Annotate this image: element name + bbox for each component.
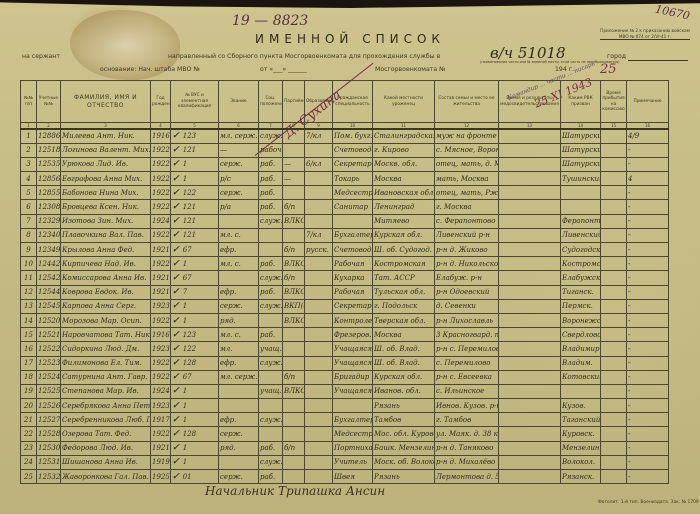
table-row: 1512521Наровчатова Тат. Ник.1916✓ 123мл.…	[21, 328, 669, 342]
cell-arrival-time	[601, 328, 627, 342]
cell-specialty: Бригадир	[333, 370, 373, 384]
cell-specialty: Швея	[333, 470, 373, 484]
cell-draft-office: Ферапонтово	[561, 214, 601, 228]
table-row: 1012442Кирпичева Над. Ив.1922✓ 1мл. с.ра…	[21, 257, 669, 271]
cell-row-number: 17	[21, 356, 37, 370]
cell-draft-office: Владимир.	[561, 342, 601, 356]
cell-row-number: 14	[21, 313, 37, 327]
cell-family-residence: р-н с. Перемилово	[435, 342, 499, 356]
cell-vus-code: ✓ 01	[171, 470, 219, 484]
cell-family-residence: г. Москва	[435, 200, 499, 214]
cell-full-name: Шишанова Анна Ив.	[61, 455, 151, 469]
cell-draft-office: Тиганск.	[561, 285, 601, 299]
vus-value: 1	[183, 444, 187, 452]
cell-row-number: 19	[21, 384, 37, 398]
cell-family-residence: Елабуж. р-н	[435, 271, 499, 285]
cell-family-residence: Ивнов. Кузов. р-н с. Пеком	[435, 399, 499, 413]
cell-birth-year: 1921	[151, 441, 171, 455]
cell-birthplace: Москва	[373, 172, 435, 186]
cell-full-name: Филимонова Ел. Тим.	[61, 356, 151, 370]
vus-value: 121	[183, 146, 196, 154]
cell-party	[283, 328, 305, 342]
cell-education	[305, 143, 333, 157]
cell-arrival-time	[601, 455, 627, 469]
cell-row-number: 24	[21, 455, 37, 469]
cell-birthplace: Рязань	[373, 470, 435, 484]
cell-vus-code: ✓ 1	[171, 399, 219, 413]
cell-row-number: 15	[21, 328, 37, 342]
cell-family-residence: р-н д. Михалёво	[435, 455, 499, 469]
subtitle-mid: направленный со Сборного пункта Мосгорво…	[168, 53, 440, 60]
cell-row-number: 4	[21, 172, 37, 186]
cell-family-residence: р-н с. Евсеевка	[435, 370, 499, 384]
vus-value: 1	[183, 160, 187, 168]
table-row: 612308Бровцева Ксен. Ник.1922✓ 121р/араб…	[21, 200, 669, 214]
cell-birth-year: 1922	[151, 200, 171, 214]
cell-medical-exam	[499, 370, 561, 384]
cell-party: ВЛКСМ	[283, 285, 305, 299]
table-row: 712329Изотова Зин. Мих.1924✓ 121служ.ВЛК…	[21, 214, 669, 228]
cell-social-status: раб.	[259, 285, 283, 299]
cell-arrival-time	[601, 228, 627, 242]
cell-note: -	[627, 470, 669, 484]
stamp-number: 25	[600, 62, 617, 77]
mosgor-label: Мосгорвоенкомата №	[375, 66, 446, 73]
roster-body: 112886Милеева Ант. Ник.1916✓ 123мл. серж…	[21, 129, 669, 484]
cell-row-number: 8	[21, 228, 37, 242]
cell-row-number: 12	[21, 285, 37, 299]
cell-party	[283, 470, 305, 484]
cell-arrival-time	[601, 200, 627, 214]
cell-social-status: учащ.	[259, 384, 283, 398]
cell-party: б/п	[283, 441, 305, 455]
cell-draft-office: Шатурский	[561, 157, 601, 171]
cell-birthplace: Тат. АССР	[373, 271, 435, 285]
table-row: 2512532Жаворонкова Гал. Пав.1925✓ 01серж…	[21, 470, 669, 484]
cell-specialty: Секретарь	[333, 299, 373, 313]
cell-row-number: 22	[21, 427, 37, 441]
cell-arrival-time	[601, 370, 627, 384]
table-row: 2312530Федорова Люд. Ив.1921✓ 1ряд.раб.б…	[21, 441, 669, 455]
cell-vus-code: ✓ 121	[171, 228, 219, 242]
cell-full-name: Бабонова Нина Мих.	[61, 186, 151, 200]
cell-social-status: раб.	[259, 186, 283, 200]
cell-social-status	[259, 399, 283, 413]
table-row: 1612522Сидоркина Люд. Дм.1923✓ 122мл.уча…	[21, 342, 669, 356]
checkmark-icon: ✓	[172, 245, 183, 255]
cell-account-number: 12856	[37, 172, 61, 186]
cell-family-residence: с. Ферапонтово	[435, 214, 499, 228]
cell-vus-code: ✓ 1	[171, 313, 219, 327]
table-row: 312535Урюкова Лид. Ив.1922✓ 1серж.раб.—6…	[21, 157, 669, 171]
cell-draft-office: Тушинский	[561, 172, 601, 186]
checkmark-icon: ✓	[172, 401, 183, 411]
vus-value: 1	[183, 402, 187, 410]
document-sheet: 19 — 8823 10670 Приложение № 2 к приказа…	[0, 0, 700, 514]
cell-education	[305, 328, 333, 342]
cell-row-number: 16	[21, 342, 37, 356]
cell-note: -	[627, 186, 669, 200]
cell-social-status: служ.	[259, 299, 283, 313]
col-header-name: ФАМИЛИЯ, ИМЯ И ОТЧЕСТВО	[61, 81, 151, 123]
cell-birthplace: Тверская обл.	[373, 313, 435, 327]
cell-specialty: Пом. бухг.	[333, 129, 373, 143]
vus-value: 01	[183, 473, 192, 481]
cell-rank	[219, 399, 259, 413]
cell-row-number: 25	[21, 470, 37, 484]
cell-medical-exam	[499, 143, 561, 157]
cell-birthplace: Моск. об. Волокол.	[373, 455, 435, 469]
print-mark: Фотолит. 1-й тип. Воениздата. Зак. № 170…	[598, 500, 699, 505]
cell-full-name: Изотова Зин. Мих.	[61, 214, 151, 228]
table-row: 812340Плавочкина Вал. Пав.1922✓ 121мл. с…	[21, 228, 669, 242]
cell-full-name: Евграфова Анна Мих.	[61, 172, 151, 186]
cell-account-number: 12329	[37, 214, 61, 228]
vus-value: 122	[183, 345, 196, 353]
table-row: 1712523Филимонова Ел. Тим.1922✓ 128ефр.с…	[21, 356, 669, 370]
cell-account-number: 12442	[37, 257, 61, 271]
cell-rank: ряд.	[219, 441, 259, 455]
cell-medical-exam	[499, 129, 561, 143]
cell-medical-exam	[499, 313, 561, 327]
cell-party: ВЛКСМ	[283, 384, 305, 398]
col-header-social: Соц. положение	[259, 81, 283, 123]
cell-birthplace: Москва	[373, 328, 435, 342]
cell-party	[283, 427, 305, 441]
cell-education	[305, 186, 333, 200]
cell-party: —	[283, 172, 305, 186]
order-from: от «___» ______	[260, 66, 307, 73]
cell-birth-year: 1924	[151, 384, 171, 398]
cell-education	[305, 271, 333, 285]
cell-rank	[219, 214, 259, 228]
cell-rank: р/а	[219, 200, 259, 214]
cell-education	[305, 285, 333, 299]
cell-rank: ефр.	[219, 285, 259, 299]
cell-full-name: Озерова Тат. Фед.	[61, 427, 151, 441]
cell-birthplace: Башк. Мензелин.	[373, 441, 435, 455]
cell-row-number: 9	[21, 243, 37, 257]
cell-medical-exam	[499, 342, 561, 356]
cell-full-name: Карпова Анна Серг.	[61, 299, 151, 313]
cell-note: -	[627, 441, 669, 455]
cell-family-residence: с. Ильинское	[435, 384, 499, 398]
checkmark-icon: ✓	[172, 316, 183, 326]
checkmark-icon: ✓	[172, 301, 183, 311]
cell-birthplace: Сталинградская обл.	[373, 129, 435, 143]
col-header-year: Год рождения	[151, 81, 171, 123]
cell-full-name: Урюкова Лид. Ив.	[61, 157, 151, 171]
cell-arrival-time	[601, 143, 627, 157]
cell-specialty: Фрезеров.	[333, 328, 373, 342]
cell-account-number: 12532	[37, 470, 61, 484]
cell-rank: серж.	[219, 470, 259, 484]
cell-family-residence: ул. Маяк. д. 38 кв. 5	[435, 427, 499, 441]
cell-family-residence: р-н д. Жиково	[435, 243, 499, 257]
vus-value: 1	[183, 416, 187, 424]
cell-specialty: Рабочая	[333, 285, 373, 299]
table-row: 2112527Серебренникова Люб. Пет.1917✓ 1еф…	[21, 413, 669, 427]
cell-vus-code: ✓ 1	[171, 172, 219, 186]
cell-rank: р/с	[219, 172, 259, 186]
cell-party: ВЛКСМ	[283, 257, 305, 271]
cell-draft-office: Котовский	[561, 370, 601, 384]
cell-account-number: 12522	[37, 342, 61, 356]
cell-social-status: раб.	[259, 441, 283, 455]
cell-birth-year: 1922	[151, 370, 171, 384]
cell-social-status: раб.	[259, 172, 283, 186]
cell-medical-exam	[499, 413, 561, 427]
cell-medical-exam	[499, 328, 561, 342]
cell-note: -	[627, 356, 669, 370]
cell-rank: мл. серж.	[219, 129, 259, 143]
cell-social-status	[259, 243, 283, 257]
cell-arrival-time	[601, 356, 627, 370]
cell-party	[283, 356, 305, 370]
cell-medical-exam	[499, 157, 561, 171]
vus-value: 128	[183, 359, 196, 367]
cell-medical-exam	[499, 399, 561, 413]
cell-draft-office: Свердловск.	[561, 328, 601, 342]
cell-note: -	[627, 342, 669, 356]
cell-arrival-time	[601, 243, 627, 257]
cell-social-status: служ.	[259, 455, 283, 469]
cell-account-number: 12524	[37, 370, 61, 384]
cell-full-name: Милеева Ант. Ник.	[61, 129, 151, 143]
cell-rank	[219, 455, 259, 469]
cell-draft-office: Судогодск	[561, 243, 601, 257]
cell-birth-year: 1922	[151, 143, 171, 157]
cell-arrival-time	[601, 172, 627, 186]
cell-social-status: учащ.	[259, 342, 283, 356]
cell-note: -	[627, 455, 669, 469]
table-row: 1412520Морозова Мар. Осип.1922✓ 1ряд.ВЛК…	[21, 313, 669, 327]
cell-full-name: Бровцева Ксен. Ник.	[61, 200, 151, 214]
cell-vus-code: ✓ 123	[171, 328, 219, 342]
cell-social-status: рабоч.	[259, 143, 283, 157]
cell-specialty: Учащаяся	[333, 356, 373, 370]
cell-note: -	[627, 257, 669, 271]
cell-note: -	[627, 328, 669, 342]
vus-value: 7	[183, 288, 187, 296]
vus-value: 121	[183, 203, 196, 211]
cell-birthplace: Тульская обл.	[373, 285, 435, 299]
cell-medical-exam	[499, 214, 561, 228]
cell-account-number: 12527	[37, 413, 61, 427]
cell-vus-code: ✓ 123	[171, 129, 219, 143]
cell-note: -	[627, 143, 669, 157]
cell-note: -	[627, 399, 669, 413]
cell-row-number: 13	[21, 299, 37, 313]
cell-education	[305, 214, 333, 228]
cell-party: ВЛКСМ	[283, 214, 305, 228]
cell-full-name: Морозова Мар. Осип.	[61, 313, 151, 327]
cell-vus-code: ✓ 121	[171, 143, 219, 157]
cell-medical-exam	[499, 200, 561, 214]
checkmark-icon: ✓	[172, 344, 183, 354]
cell-arrival-time	[601, 257, 627, 271]
cell-rank: мл. серж.	[219, 370, 259, 384]
cell-rank: серж.	[219, 427, 259, 441]
col-header-family: Состав семьи и место ее жительства	[435, 81, 499, 123]
cell-education: 7/кл	[305, 129, 333, 143]
cell-birth-year: 1922	[151, 427, 171, 441]
cell-birth-year: 1921	[151, 271, 171, 285]
cell-arrival-time	[601, 285, 627, 299]
cell-note: -	[627, 413, 669, 427]
cell-full-name: Плавочкина Вал. Пав.	[61, 228, 151, 242]
cell-account-number: 12855	[37, 186, 61, 200]
subtitle-left: на сержант	[22, 53, 60, 60]
cell-full-name: Крылова Анна Фед.	[61, 243, 151, 257]
cell-birth-year: 1922	[151, 257, 171, 271]
cell-social-status: служ.	[259, 413, 283, 427]
cell-draft-office: Ливенский	[561, 228, 601, 242]
cell-family-residence: г. Тамбов	[435, 413, 499, 427]
cell-birth-year: 1916	[151, 328, 171, 342]
document-title: ИМЕННОЙ СПИСОК	[0, 32, 700, 46]
city-label: город	[607, 53, 626, 60]
cell-medical-exam	[499, 356, 561, 370]
cell-rank: —	[219, 143, 259, 157]
cell-education	[305, 470, 333, 484]
vus-value: 128	[183, 430, 196, 438]
vus-value: 121	[183, 231, 196, 239]
cell-account-number: 12531	[37, 455, 61, 469]
cell-row-number: 7	[21, 214, 37, 228]
cell-social-status: раб.	[259, 470, 283, 484]
city-line	[628, 60, 688, 61]
cell-birthplace: г. Подольск	[373, 299, 435, 313]
cell-education	[305, 370, 333, 384]
col-header-medical: Время и результаты медосвидетельствовани…	[499, 81, 561, 123]
checkmark-icon: ✓	[172, 330, 183, 340]
checkmark-icon: ✓	[172, 372, 183, 382]
cell-note: -	[627, 384, 669, 398]
cell-vus-code: ✓ 7	[171, 285, 219, 299]
checkmark-icon: ✓	[172, 188, 183, 198]
cell-arrival-time	[601, 129, 627, 143]
cell-medical-exam	[499, 441, 561, 455]
cell-vus-code: ✓ 1	[171, 441, 219, 455]
cell-specialty: Медсестра	[333, 186, 373, 200]
cell-medical-exam	[499, 172, 561, 186]
vus-value: 67	[183, 246, 192, 254]
cell-party	[283, 228, 305, 242]
cell-vus-code: ✓ 1	[171, 455, 219, 469]
handwritten-corner-number: 10670	[654, 3, 691, 23]
cell-family-residence: муж на фронте	[435, 129, 499, 143]
cell-social-status: раб.	[259, 257, 283, 271]
col-header-note: Примечание	[627, 81, 669, 123]
cell-rank: ефр.	[219, 413, 259, 427]
roster-table: №№ п/п Учетные №№ ФАМИЛИЯ, ИМЯ И ОТЧЕСТВ…	[20, 80, 669, 484]
cell-vus-code: ✓ 1	[171, 413, 219, 427]
cell-family-residence: р-н д. Никольское	[435, 257, 499, 271]
cell-party: б/п	[283, 243, 305, 257]
vus-value: 121	[183, 217, 196, 225]
cell-full-name: Логинова Валент. Мих.	[61, 143, 151, 157]
cell-birth-year: 1921	[151, 243, 171, 257]
cell-rank: мл. с.	[219, 257, 259, 271]
cell-birth-year: 1924	[151, 214, 171, 228]
cell-social-status	[259, 228, 283, 242]
cell-full-name: Коврова Евдок. Ив.	[61, 285, 151, 299]
order-basis: основание: Нач. штаба МВО №	[100, 66, 200, 73]
col-header-party: Партийность	[283, 81, 305, 123]
cell-full-name: Кирпичева Над. Ив.	[61, 257, 151, 271]
cell-social-status: служ.	[259, 214, 283, 228]
cell-education	[305, 427, 333, 441]
cell-row-number: 5	[21, 186, 37, 200]
col-header-account: Учетные №№	[37, 81, 61, 123]
col-header-rank: Звание	[219, 81, 259, 123]
cell-social-status: служ.	[259, 129, 283, 143]
cell-birthplace: Москв. обл.	[373, 157, 435, 171]
cell-rank: серж.	[219, 157, 259, 171]
cell-party: б/п	[283, 370, 305, 384]
cell-vus-code: ✓ 1	[171, 257, 219, 271]
cell-note: -	[627, 214, 669, 228]
cell-account-number: 12542	[37, 271, 61, 285]
cell-specialty: Учащаяся	[333, 342, 373, 356]
cell-account-number: 12520	[37, 313, 61, 327]
cell-education	[305, 200, 333, 214]
cell-row-number: 1	[21, 129, 37, 143]
cell-party	[283, 399, 305, 413]
cell-birthplace: г. Кирово	[373, 143, 435, 157]
checkmark-icon: ✓	[172, 429, 183, 439]
table-row: 2212528Озерова Тат. Фед.1922✓ 128серж.Ме…	[21, 427, 669, 441]
table-row: 412856Евграфова Анна Мих.1922✓ 1р/сраб.—…	[21, 172, 669, 186]
cell-specialty: Бухгалтер	[333, 228, 373, 242]
cell-account-number: 12518	[37, 143, 61, 157]
checkmark-icon: ✓	[172, 259, 183, 269]
cell-birthplace: Ш. об. Влад.	[373, 342, 435, 356]
cell-rank: мл. с.	[219, 228, 259, 242]
cell-social-status: раб.	[259, 328, 283, 342]
cell-account-number: 12530	[37, 441, 61, 455]
vus-value: 67	[183, 274, 192, 282]
checkmark-icon: ✓	[172, 230, 183, 240]
cell-birth-year: 1917	[151, 413, 171, 427]
cell-social-status	[259, 427, 283, 441]
cell-specialty: Счетовод	[333, 143, 373, 157]
cell-draft-office: Рязанск.	[561, 470, 601, 484]
cell-education	[305, 399, 333, 413]
checkmark-icon: ✓	[172, 202, 183, 212]
cell-family-residence: Лермонтова д. 5 кв. 14	[435, 470, 499, 484]
cell-account-number: 12349	[37, 243, 61, 257]
cell-family-residence: с. Перемилово	[435, 356, 499, 370]
col-header-specialty: Гражданская специальность	[333, 81, 373, 123]
cell-row-number: 2	[21, 143, 37, 157]
cell-education	[305, 384, 333, 398]
table-row: 1212544Коврова Евдок. Ив.1921✓ 7ефр.раб.…	[21, 285, 669, 299]
cell-education	[305, 342, 333, 356]
cell-education: 6/кл	[305, 157, 333, 171]
cell-vus-code: ✓ 67	[171, 370, 219, 384]
cell-rank: серж.	[219, 299, 259, 313]
cell-medical-exam	[499, 455, 561, 469]
cell-party: ВКП(б)	[283, 299, 305, 313]
cell-row-number: 18	[21, 370, 37, 384]
handwritten-file-number: 19 — 8823	[232, 13, 308, 29]
cell-party: б/п	[283, 200, 305, 214]
cell-account-number: 12308	[37, 200, 61, 214]
cell-family-residence: Ливенский р-н	[435, 228, 499, 242]
col-header-birthplace: Какой местности уроженец	[373, 81, 435, 123]
